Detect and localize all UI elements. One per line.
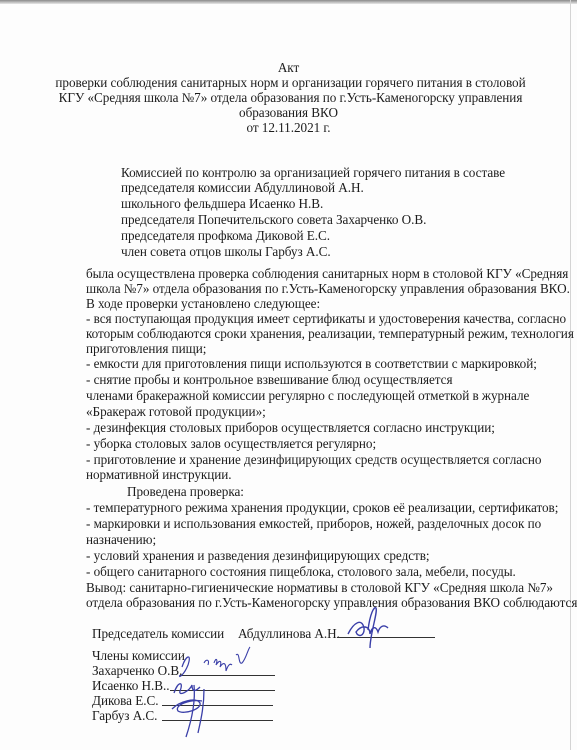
body-line: - емкости для приготовления пищи использ… bbox=[86, 356, 537, 371]
commission-line: председателя Попечительского совета Заха… bbox=[121, 212, 426, 227]
commission-line: Комиссией по контролю за организацией го… bbox=[121, 165, 505, 180]
document-title: Акт bbox=[0, 60, 577, 75]
member-signatures bbox=[170, 645, 290, 745]
body-line: - приготовление и хранение дезинфицирующ… bbox=[86, 452, 541, 467]
document-subtitle-line: образования ВКО bbox=[0, 105, 577, 120]
check-line: - общего санитарного состояния пищеблока… bbox=[86, 564, 516, 579]
document-date: от 12.11.2021 г. bbox=[0, 120, 577, 135]
body-line: - дезинфекция столовых приборов осуществ… bbox=[86, 420, 495, 435]
check-line: - температурного режима хранения продукц… bbox=[86, 500, 558, 515]
body-line: которым соблюдаются сроки хранения, реал… bbox=[86, 326, 574, 341]
conclusion-line: отдела образования по г.Усть-Каменогорск… bbox=[86, 595, 577, 610]
body-line: - уборка столовых залов осуществляется р… bbox=[86, 436, 376, 451]
body-line: школа №7» отдела образования по г.Усть-К… bbox=[86, 281, 570, 296]
conclusion-line: Вывод: санитарно-гигиенические нормативы… bbox=[86, 580, 553, 595]
body-line: была осуществлена проверка соблюдения са… bbox=[86, 266, 568, 281]
chair-role: Председатель комиссии bbox=[92, 626, 224, 641]
document-subtitle-line: проверки соблюдения санитарных норм и ор… bbox=[2, 75, 577, 90]
commission-line: школьного фельдшера Исаенко Н.В. bbox=[121, 196, 323, 211]
body-line: - снятие пробы и контрольное взвешивание… bbox=[86, 372, 453, 387]
chair-signature bbox=[340, 604, 400, 654]
commission-line: председателя профкома Диковой Е.С. bbox=[121, 228, 330, 243]
body-line: приготовления пищи; bbox=[86, 341, 206, 356]
body-line: «Бракераж готовой продукции»; bbox=[86, 404, 266, 419]
document-page: Акт проверки соблюдения санитарных норм … bbox=[0, 0, 577, 750]
body-line: - вся поступающая продукция имеет сертиф… bbox=[86, 311, 566, 326]
scan-top-edge bbox=[0, 0, 577, 4]
chair-name: Абдуллинова А.Н. bbox=[238, 626, 340, 641]
check-heading: Проведена проверка: bbox=[127, 484, 244, 499]
member-name: Гарбуз А.С. bbox=[92, 708, 157, 723]
member-name: Захарченко О.В. bbox=[92, 663, 182, 678]
body-line: В ходе проверки установлено следующее: bbox=[86, 296, 320, 311]
body-line: членами бракеражной комиссии регулярно с… bbox=[86, 388, 529, 403]
document-subtitle-line: КГУ «Средняя школа №7» отдела образовани… bbox=[2, 90, 577, 105]
check-line: - условий хранения и разведения дезинфиц… bbox=[86, 548, 430, 563]
commission-line: председателя комиссии Абдуллиновой А.Н. bbox=[121, 180, 364, 195]
commission-line: член совета отцов школы Гарбуз А.С. bbox=[121, 244, 331, 259]
member-name: Исаенко Н.В.. bbox=[92, 678, 170, 693]
check-line: - маркировки и использования емкостей, п… bbox=[86, 516, 541, 531]
check-line: назначению; bbox=[86, 532, 156, 547]
body-line: нормативной инструкции. bbox=[86, 467, 232, 482]
member-name: Дикова Е.С. bbox=[92, 693, 158, 708]
